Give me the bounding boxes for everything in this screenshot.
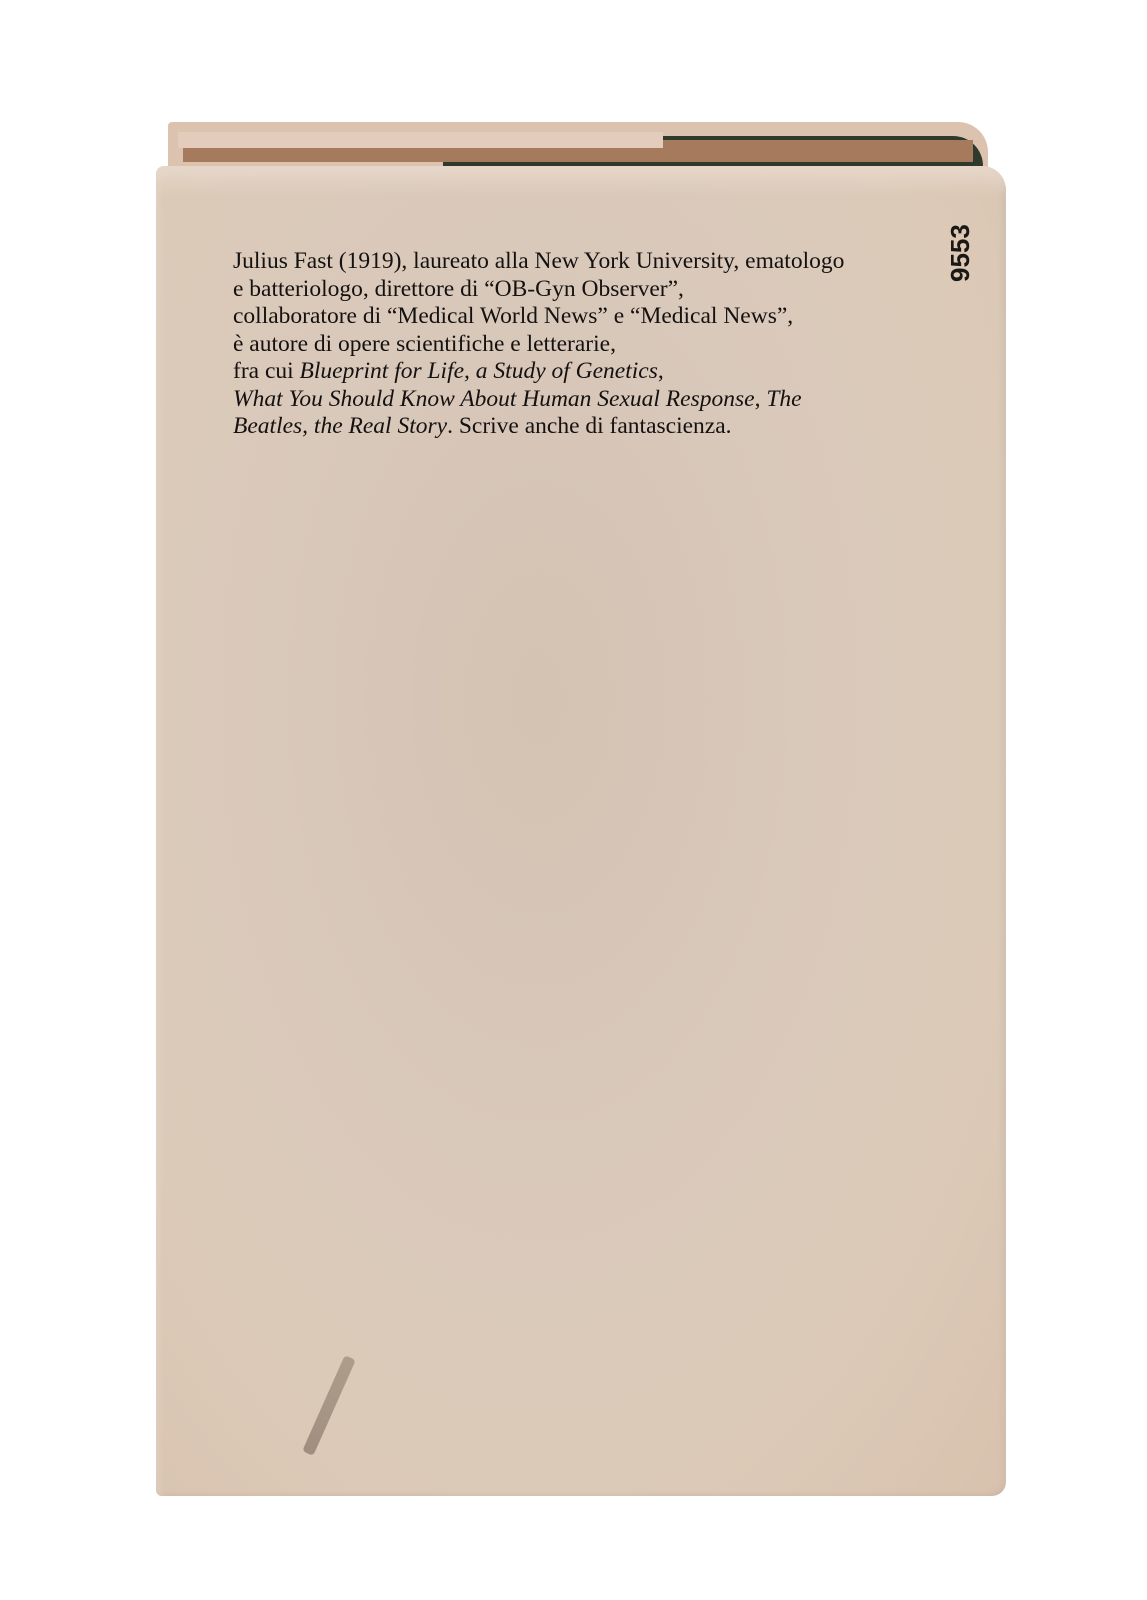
- bio-text: Julius Fast (1919), laureato alla New Yo…: [233, 248, 844, 274]
- cover-top-edge: [156, 166, 1006, 196]
- bio-line: e batteriologo, direttore di “OB-Gyn Obs…: [233, 276, 953, 304]
- catalog-number: 9553: [945, 210, 985, 290]
- author-bio: Julius Fast (1919), laureato alla New Yo…: [233, 248, 953, 441]
- bio-line: What You Should Know About Human Sexual …: [233, 386, 953, 414]
- bio-line: fra cui Blueprint for Life, a Study of G…: [233, 358, 953, 386]
- book-title: Beatles, the Real Story: [233, 413, 447, 439]
- book-title: The: [766, 386, 801, 412]
- jacket-flap-edge: [178, 132, 663, 148]
- book-title: What You Should Know About Human Sexual …: [233, 386, 755, 412]
- bio-line: collaboratore di “Medical World News” e …: [233, 303, 953, 331]
- bio-text: e batteriologo, direttore di “OB-Gyn Obs…: [233, 276, 684, 302]
- bio-text: collaboratore di “Medical World News” e …: [233, 303, 793, 329]
- bio-line: è autore di opere scientifiche e lettera…: [233, 331, 953, 359]
- bio-text: è autore di opere scientifiche e lettera…: [233, 331, 616, 357]
- bio-text: fra cui: [233, 358, 300, 384]
- bio-text: ,: [755, 386, 767, 412]
- bio-text: ,: [658, 358, 664, 384]
- book-title: Blueprint for Life, a Study of Genetics: [300, 358, 658, 384]
- bio-line: Julius Fast (1919), laureato alla New Yo…: [233, 248, 953, 276]
- bio-line: Beatles, the Real Story. Scrive anche di…: [233, 413, 953, 441]
- bio-text: . Scrive anche di fantascienza.: [447, 413, 731, 439]
- catalog-number-text: 9553: [945, 242, 976, 282]
